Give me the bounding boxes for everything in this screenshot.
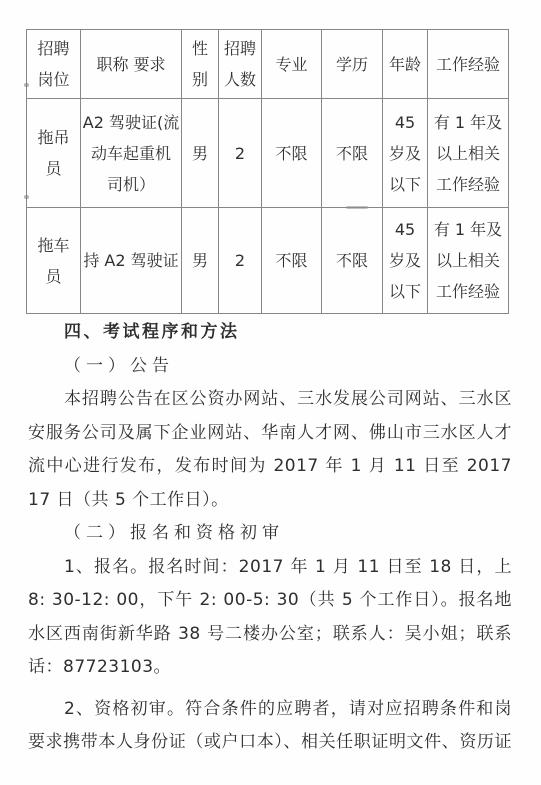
header-title-requirement: 职称 要求 <box>81 30 182 99</box>
cell-age: 45 岁及 以下 <box>383 99 428 208</box>
cell-major: 不限 <box>262 99 322 208</box>
recruitment-table: 招聘 岗位 职称 要求 性 别 招聘 人数 专业 学历 年龄 工作经验 拖吊 员… <box>26 29 509 314</box>
cell-major: 不限 <box>262 208 322 314</box>
table-row: 拖吊 员 A2 驾驶证(流 动车起重机 司机） 男 2 不限 不限 45 岁及 … <box>27 99 509 208</box>
paragraph-line: 要求携带本人身份证（或户口本）、相关任职证明文件、资历证 <box>28 726 512 760</box>
paragraph-line: 1、报名。报名时间：2017 年 1 月 11 日至 18 日，上午 <box>28 551 512 585</box>
cell-position: 拖吊 员 <box>27 99 81 208</box>
scan-smudge <box>346 206 368 209</box>
table-row: 拖车 员 持 A2 驾驶证 男 2 不限 不限 45 岁及 以下 有 1 年及 … <box>27 208 509 314</box>
cell-headcount: 2 <box>219 99 262 208</box>
cell-headcount: 2 <box>219 208 262 314</box>
paragraph-line: 17 日（共 5 个工作日）。 <box>28 484 512 518</box>
table-header-row: 招聘 岗位 职称 要求 性 别 招聘 人数 专业 学历 年龄 工作经验 <box>27 30 509 99</box>
paragraph-line: 水区西南街新华路 38 号二楼办公室；联系人：吴小姐；联系电 <box>28 618 512 652</box>
cell-requirement: A2 驾驶证(流 动车起重机 司机） <box>81 99 182 208</box>
header-headcount: 招聘 人数 <box>219 30 262 99</box>
subsection-announcement: （一）公告 <box>28 350 512 384</box>
scanned-document-page: 招聘 岗位 职称 要求 性 别 招聘 人数 专业 学历 年龄 工作经验 拖吊 员… <box>0 0 541 785</box>
cell-education: 不限 <box>322 99 383 208</box>
cell-position: 拖车 员 <box>27 208 81 314</box>
paragraph-line: 8: 30-12: 00，下午 2: 00-5: 30（共 5 个工作日）。报名… <box>28 584 512 618</box>
paragraph-line: 话：87723103。 <box>28 651 512 685</box>
header-major: 专业 <box>262 30 322 99</box>
cell-age: 45 岁及 以下 <box>383 208 428 314</box>
cell-experience: 有 1 年及 以上相关 工作经验 <box>428 99 509 208</box>
header-education: 学历 <box>322 30 383 99</box>
header-experience: 工作经验 <box>428 30 509 99</box>
subsection-registration: （二）报名和资格初审 <box>28 517 512 551</box>
paragraph-line: 本招聘公告在区公资办网站、三水发展公司网站、三水区保 <box>28 383 512 417</box>
paragraph-line: 安服务公司及属下企业网站、华南人才网、佛山市三水区人才交 <box>28 417 512 451</box>
scan-speck <box>24 83 29 87</box>
section-heading: 四、考试程序和方法 <box>28 316 512 350</box>
cell-gender: 男 <box>182 208 219 314</box>
header-position: 招聘 岗位 <box>27 30 81 99</box>
scan-speck <box>24 195 29 199</box>
cell-experience: 有 1 年及 以上相关 工作经验 <box>428 208 509 314</box>
cell-education: 不限 <box>322 208 383 314</box>
paragraph-line: 流中心进行发布，发布时间为 2017 年 1 月 11 日至 2017 年 1 … <box>28 450 512 484</box>
header-age: 年龄 <box>383 30 428 99</box>
document-body: 四、考试程序和方法 （一）公告 本招聘公告在区公资办网站、三水发展公司网站、三水… <box>28 316 512 760</box>
paragraph-line: 2、资格初审。符合条件的应聘者，请对应招聘条件和岗位 <box>28 693 512 727</box>
cell-requirement: 持 A2 驾驶证 <box>81 208 182 314</box>
cell-gender: 男 <box>182 99 219 208</box>
header-gender: 性 别 <box>182 30 219 99</box>
